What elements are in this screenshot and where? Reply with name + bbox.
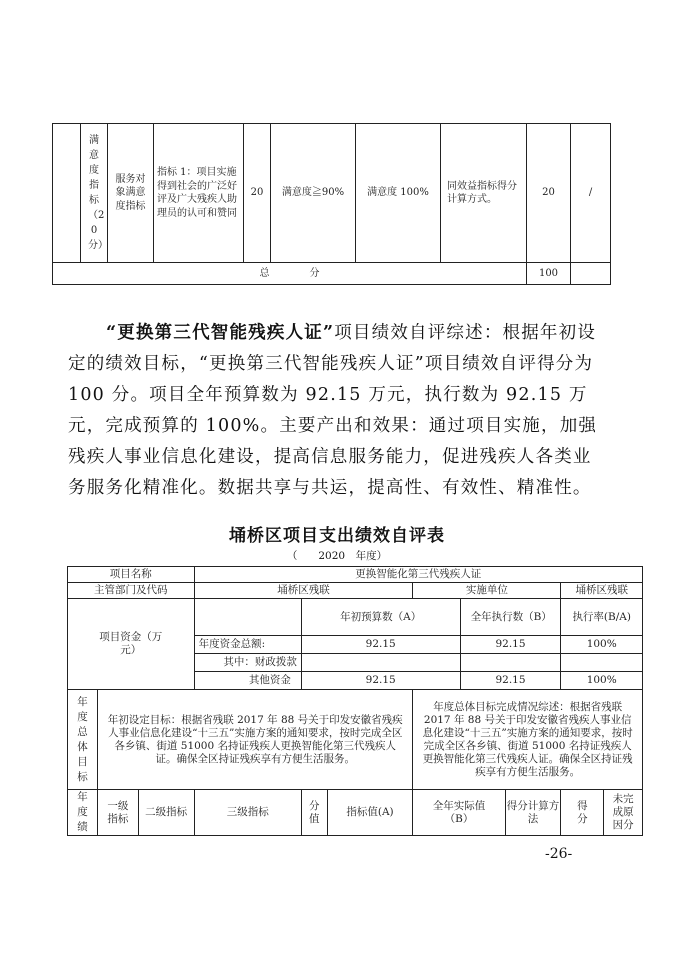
perf-score-value-header: 分值 xyxy=(301,790,327,836)
funds-header-blank xyxy=(194,599,301,636)
page-number: -26- xyxy=(545,846,572,862)
funds-row-rate: 100% xyxy=(561,636,643,654)
project-name-value: 更换智能化第三代残疾人证 xyxy=(194,567,642,583)
funds-row-budget: 92.15 xyxy=(301,672,460,690)
impl-value: 埇桥区残联 xyxy=(561,583,643,599)
score-method: 同效益指标得分计算方式。 xyxy=(441,124,527,263)
table-row: 满意度指标（20分） 服务对象满意度指标 指标 1：项目实施得到社会的广泛好评及… xyxy=(53,124,611,263)
third-level-indicator: 指标 1：项目实施得到社会的广泛好评及广大残疾人助理员的认可和赞同 xyxy=(154,124,244,263)
total-score: 100 xyxy=(527,263,571,285)
perf-reason-header: 未完成原因分 xyxy=(604,790,643,836)
summary-title: “更换第三代智能残疾人证” xyxy=(106,323,334,343)
executed-header: 全年执行数（B） xyxy=(460,599,561,636)
perf-first-header: 一级指标 xyxy=(98,790,139,836)
budget-header: 年初预算数（A） xyxy=(301,599,460,636)
perf-header-row: 年度绩 一级指标 二级指标 三级指标 分值 指标值(A) 全年实际值（B） 得分… xyxy=(68,790,643,836)
funds-row-executed xyxy=(460,654,561,672)
dept-value: 埇桥区残联 xyxy=(194,583,413,599)
perf-second-header: 二级指标 xyxy=(138,790,194,836)
indicator-value: 满意度≧90% xyxy=(271,124,356,263)
funds-label: 项目资金（万元） xyxy=(68,599,195,690)
goal-complete: 年度总体目标完成情况综述：根据省残联 2017 年 88 号关于印发安徽省残疾人… xyxy=(413,690,643,790)
funds-header-row: 项目资金（万元） 年初预算数（A） 全年执行数（B） 执行率(B/A) xyxy=(68,599,643,636)
second-level-indicator: 服务对象满意度指标 xyxy=(108,124,154,263)
perf-method-header: 得分计算方法 xyxy=(505,790,561,836)
funds-row-executed: 92.15 xyxy=(460,636,561,654)
dept-row: 主管部门及代码 埇桥区残联 实施单位 埇桥区残联 xyxy=(68,583,643,599)
performance-table-continued: 满意度指标（20分） 服务对象满意度指标 指标 1：项目实施得到社会的广泛好评及… xyxy=(52,123,611,285)
score-value: 20 xyxy=(244,124,271,263)
perf-indicator-header: 指标值(A) xyxy=(327,790,413,836)
funds-row-budget xyxy=(301,654,460,672)
unfinished-reason: / xyxy=(571,124,611,263)
dept-label: 主管部门及代码 xyxy=(68,583,195,599)
blank-cell xyxy=(53,124,81,263)
funds-row-rate xyxy=(561,654,643,672)
funds-row-label: 其他资金 xyxy=(194,672,301,690)
perf-label: 年度绩 xyxy=(68,790,98,836)
summary-paragraph: “更换第三代智能残疾人证”项目绩效自评综述：根据年初设定的绩效目标，“更换第三代… xyxy=(68,318,608,504)
form-year: （ 2020 年度） xyxy=(0,548,674,563)
impl-label: 实施单位 xyxy=(413,583,561,599)
total-row: 总 分 100 xyxy=(53,263,611,285)
project-name-label: 项目名称 xyxy=(68,567,195,583)
total-label: 总 分 xyxy=(53,263,527,285)
perf-actual-header: 全年实际值（B） xyxy=(413,790,505,836)
funds-row-rate: 100% xyxy=(561,672,643,690)
first-level-indicator-text: 满意度指标（20分） xyxy=(88,133,100,253)
summary-text: 项目绩效自评综述：根据年初设定的绩效目标，“更换第三代智能残疾人证”项目绩效自评… xyxy=(68,323,597,498)
self-evaluation-form: 项目名称 更换智能化第三代残疾人证 主管部门及代码 埇桥区残联 实施单位 埇桥区… xyxy=(67,566,643,836)
funds-row-budget: 92.15 xyxy=(301,636,460,654)
actual-value: 满意度 100% xyxy=(356,124,441,263)
first-level-indicator: 满意度指标（20分） xyxy=(81,124,108,263)
form-title: 埇桥区项目支出绩效自评表 xyxy=(0,521,674,546)
perf-label-text: 年度绩 xyxy=(77,790,89,835)
funds-row-executed: 92.15 xyxy=(460,672,561,690)
total-reason xyxy=(571,263,611,285)
project-name-row: 项目名称 更换智能化第三代残疾人证 xyxy=(68,567,643,583)
annual-goal-label-text: 年度总体目标 xyxy=(77,695,89,785)
score: 20 xyxy=(527,124,571,263)
funds-label-text: 项目资金（万元） xyxy=(99,631,162,656)
perf-third-header: 三级指标 xyxy=(194,790,301,836)
goal-initial: 年初设定目标：根据省残联 2017 年 88 号关于印发安徽省残疾人事业信息化建… xyxy=(98,690,413,790)
rate-header: 执行率(B/A) xyxy=(561,599,643,636)
annual-goal-row: 年度总体目标 年初设定目标：根据省残联 2017 年 88 号关于印发安徽省残疾… xyxy=(68,690,643,790)
funds-row-label: 年度资金总额: xyxy=(194,636,301,654)
annual-goal-label: 年度总体目标 xyxy=(68,690,98,790)
funds-row-label: 其中：财政拨款 xyxy=(194,654,301,672)
perf-score-header: 得分 xyxy=(561,790,604,836)
